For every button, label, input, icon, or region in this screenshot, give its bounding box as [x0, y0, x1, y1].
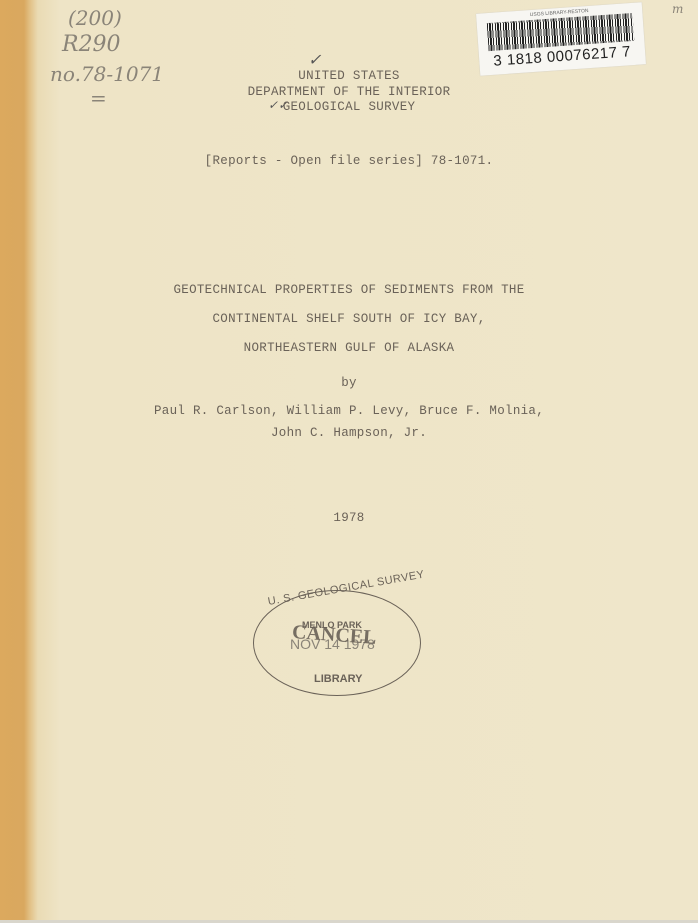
header-line-3: GEOLOGICAL SURVEY	[0, 100, 698, 114]
header-line-1: UNITED STATES	[0, 69, 698, 83]
handwritten-note-1: (200)	[68, 6, 122, 30]
title-line-1: GEOTECHNICAL PROPERTIES OF SEDIMENTS FRO…	[0, 283, 698, 297]
authors-line-1: Paul R. Carlson, William P. Levy, Bruce …	[0, 404, 698, 418]
corner-mark: m	[672, 2, 683, 16]
authors-line-2: John C. Hampson, Jr.	[0, 426, 698, 440]
publication-year: 1978	[0, 511, 698, 525]
barcode-label: USGS LIBRARY-RESTON 3 1818 00076217 7	[476, 2, 646, 75]
stamp-library: LIBRARY	[314, 673, 362, 685]
title-line-3: NORTHEASTERN GULF OF ALASKA	[0, 341, 698, 355]
handwritten-note-2: R290	[62, 32, 121, 57]
check-mark-icon: ✓	[308, 50, 321, 69]
header-line-2: DEPARTMENT OF THE INTERIOR	[0, 85, 698, 99]
byline: by	[0, 376, 698, 390]
title-line-2: CONTINENTAL SHELF SOUTH OF ICY BAY,	[0, 312, 698, 326]
series-label: [Reports - Open file series] 78-1071.	[0, 154, 698, 168]
document-page: (200) R290 no.78-1071 = m ✓ ✓✓ USGS LIBR…	[0, 0, 698, 923]
